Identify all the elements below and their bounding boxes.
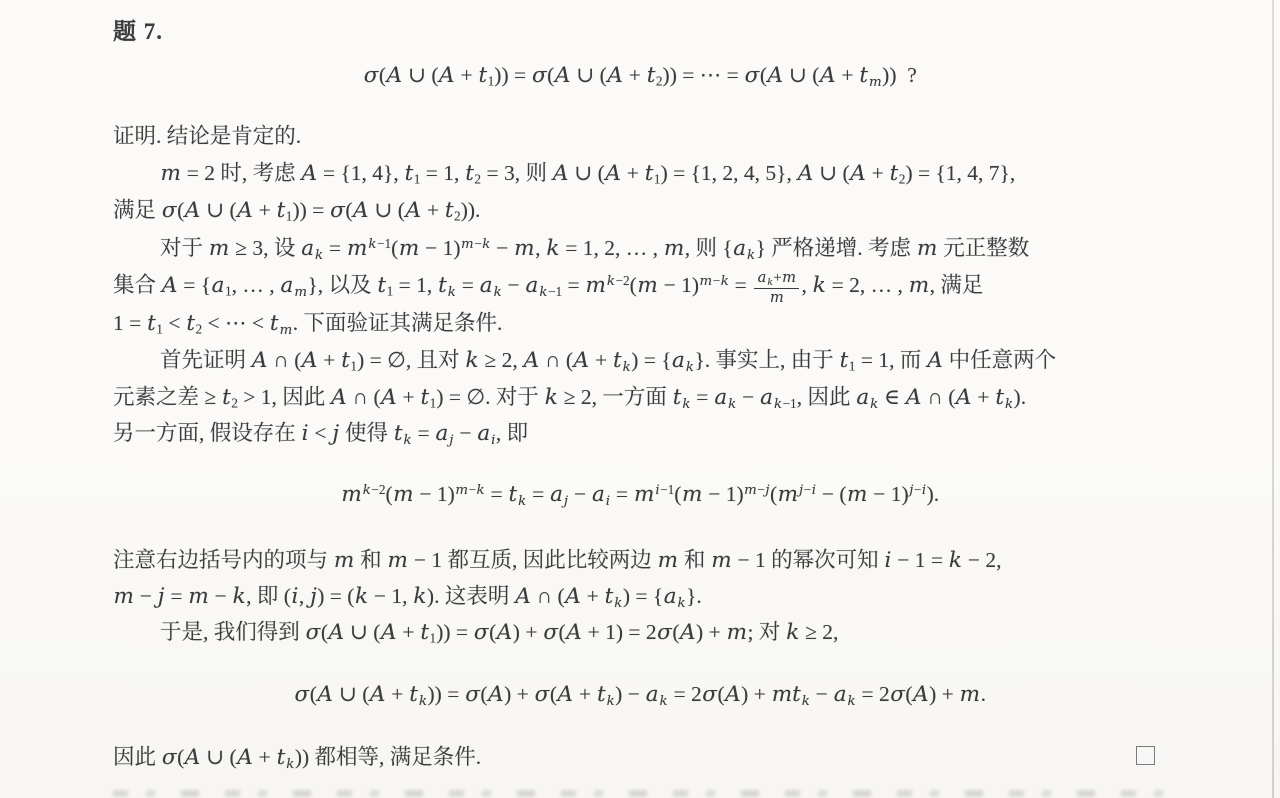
document-page: 题 7. σ(A ∪ (A + t1)) = σ(A ∪ (A + t2)) =… <box>0 0 1280 798</box>
main-equation: σ(A ∪ (A + t1)) = σ(A ∪ (A + t2)) = ⋯ = … <box>113 60 1167 91</box>
sigma-equality-equation: σ(A ∪ (A + tk)) = σ(A) + σ(A + tk) − ak … <box>113 679 1167 710</box>
problem-title: 题 7. <box>113 17 163 47</box>
qed-box <box>1136 746 1155 765</box>
proof-intro-line: 证明. 结论是肯定的. <box>113 121 301 151</box>
text-line-sigma-sum: 于是, 我们得到 σ(A ∪ (A + t1)) = σ(A) + σ(A + … <box>160 617 838 648</box>
text-line-compare-2: m − j = m − k, 即 (i, j) = (k − 1, k). 这表… <box>113 581 702 612</box>
text-line-m2-case-1: m = 2 时, 考虑 A = {1, 4}, t1 = 1, t2 = 3, … <box>160 158 1015 189</box>
conclusion-line: 因此 σ(A ∪ (A + tk)) 都相等, 满足条件. <box>113 742 481 773</box>
text-line-m3-setup-2: 集合 A = {a1, … , am}, 以及 t1 = 1, tk = ak … <box>113 270 983 306</box>
text-line-compare-1: 注意右边括号内的项与 m 和 m − 1 都互质, 因此比较两边 m 和 m −… <box>113 545 1001 576</box>
page-edge-line <box>1272 0 1274 798</box>
text-line-m2-case-2: 满足 σ(A ∪ (A + t1)) = σ(A ∪ (A + t2)). <box>113 195 480 226</box>
text-line-claim-2: 元素之差 ≥ t2 > 1, 因此 A ∩ (A + t1) = ∅. 对于 k… <box>113 382 1026 413</box>
text-line-m3-setup-3: 1 = t1 < t2 < ⋯ < tm. 下面验证其满足条件. <box>113 308 502 339</box>
text-line-claim-3: 另一方面, 假设存在 i < j 使得 tk = aj − ai, 即 <box>113 418 528 449</box>
power-comparison-equation: mk−2(m − 1)m−k = tk = aj − ai = mi−1(m −… <box>113 479 1167 510</box>
text-line-claim-1: 首先证明 A ∩ (A + t1) = ∅, 且对 k ≥ 2, A ∩ (A … <box>160 345 1056 376</box>
text-line-m3-setup-1: 对于 m ≥ 3, 设 ak = mk−1(m − 1)m−k − m, k =… <box>160 233 1029 264</box>
cropped-next-line <box>113 790 1173 797</box>
